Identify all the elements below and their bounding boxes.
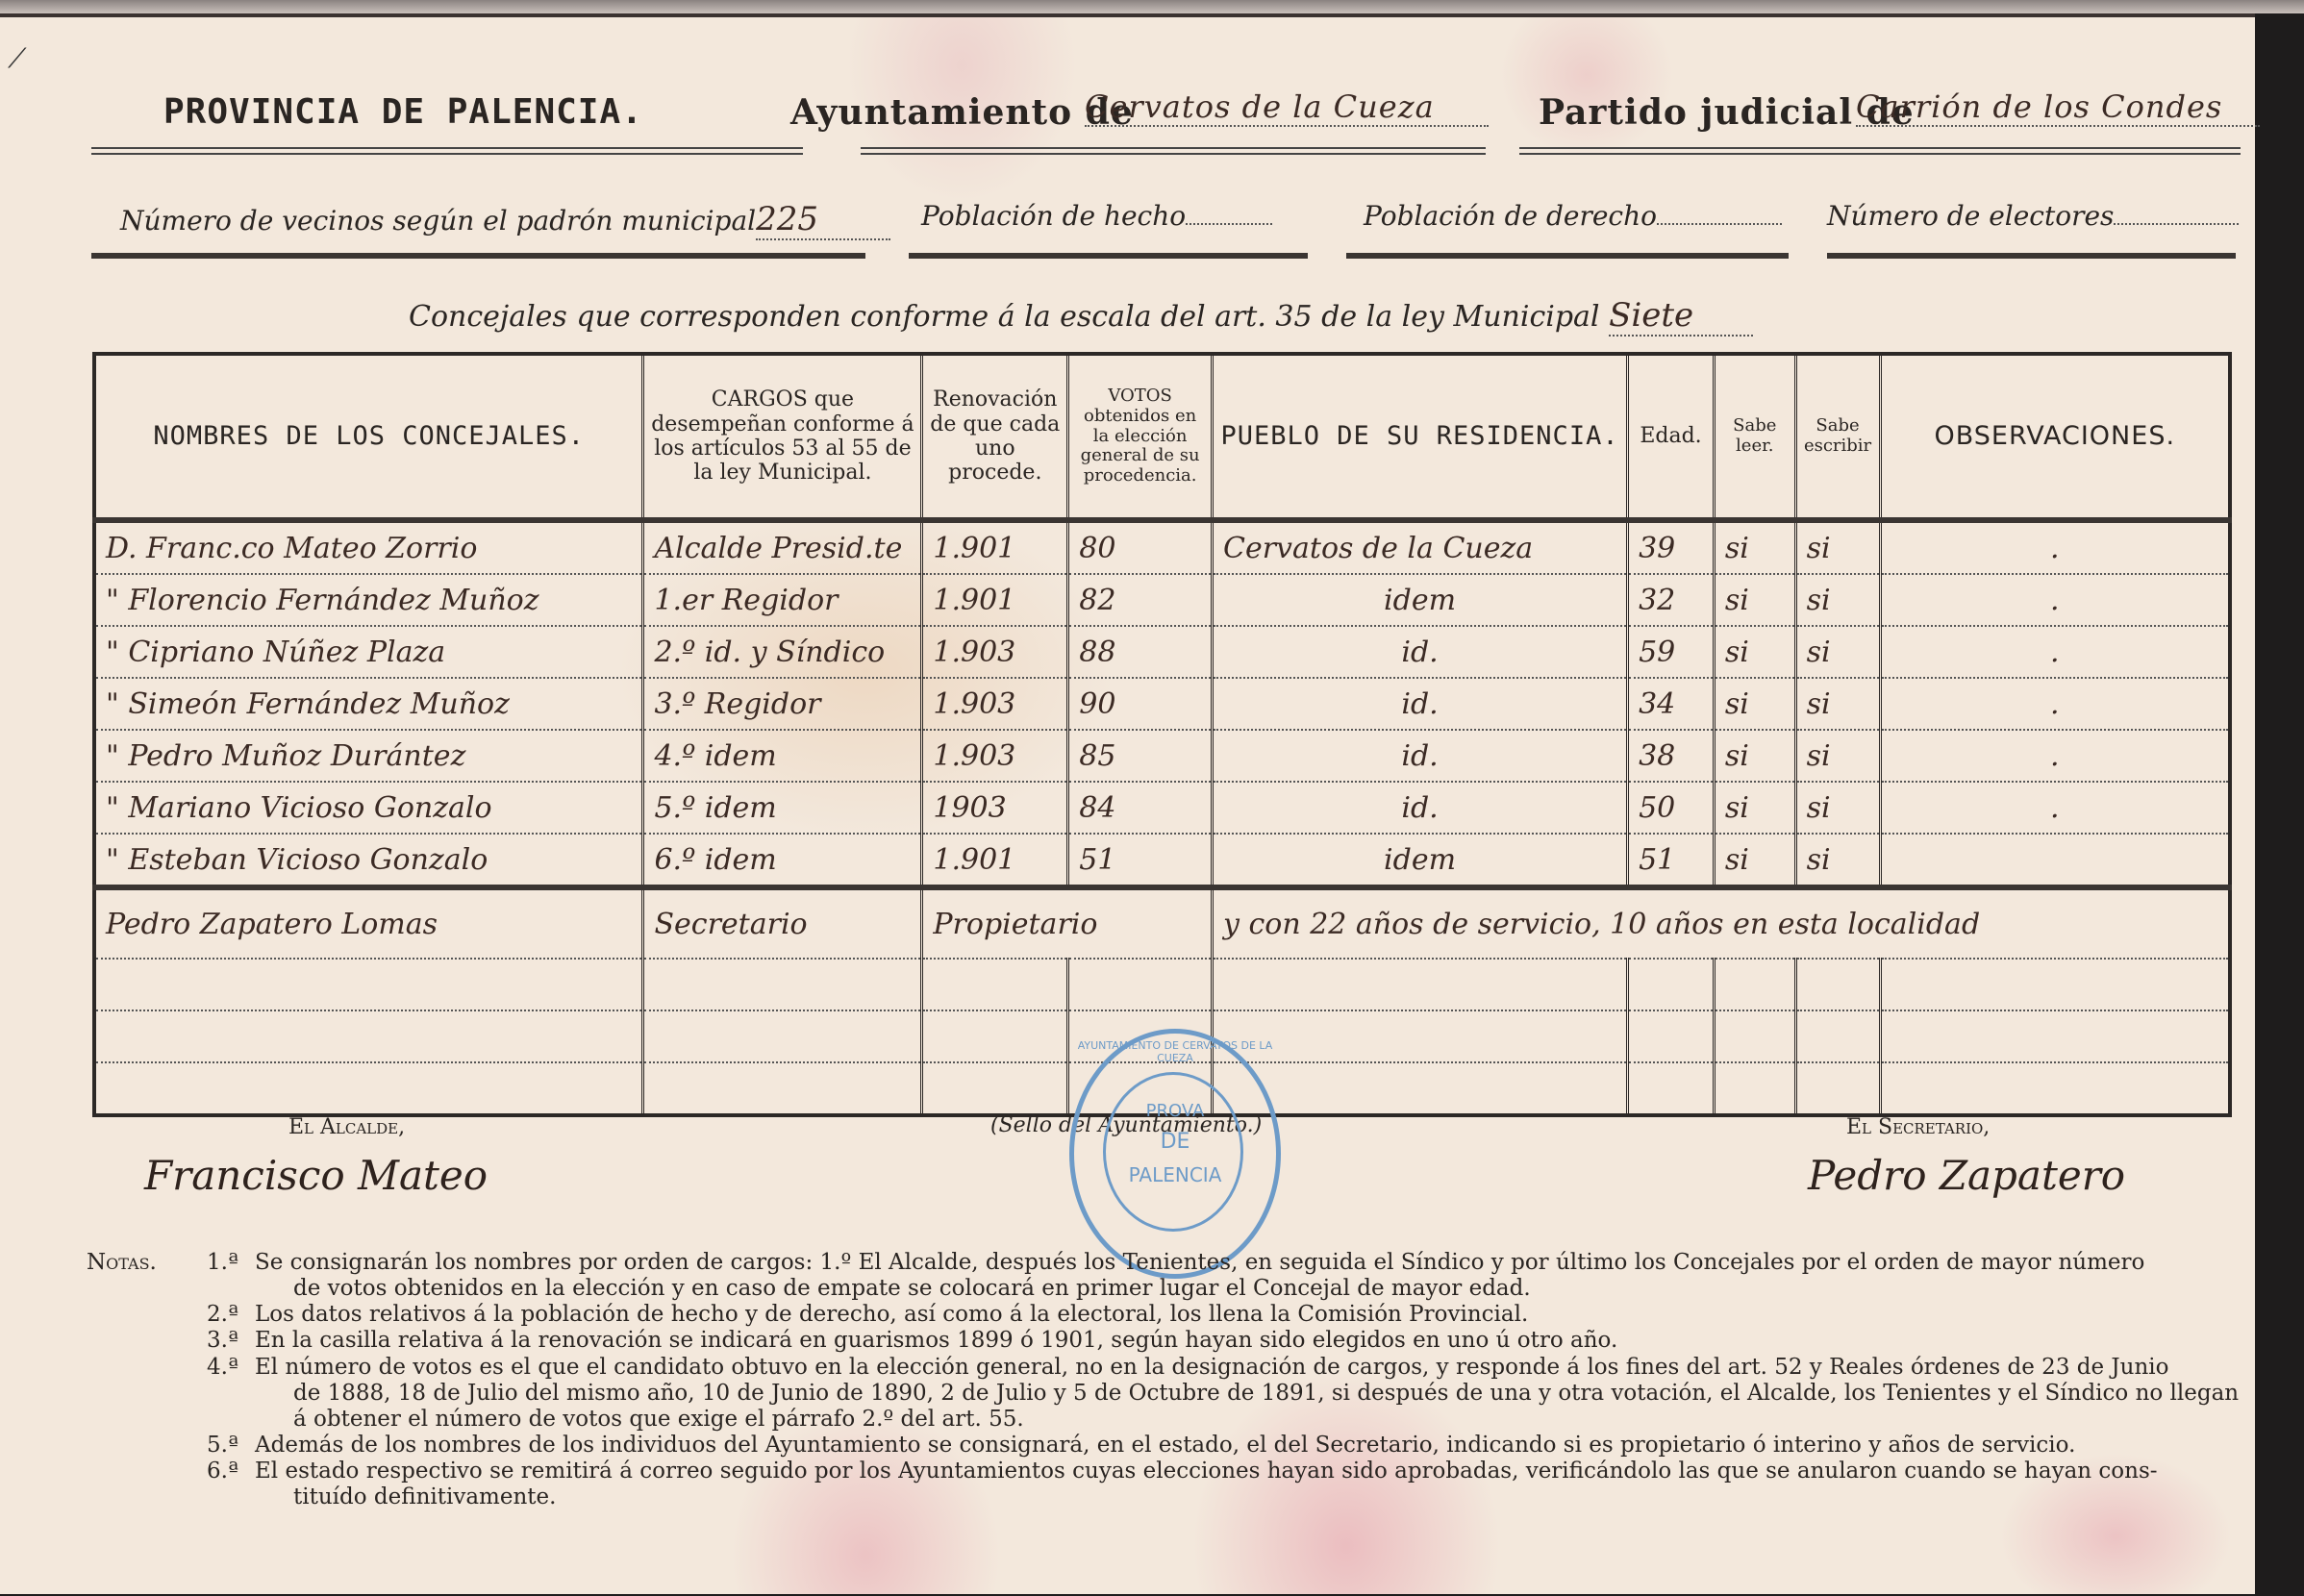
cell-obs[interactable] bbox=[1880, 834, 2230, 887]
cell-empty[interactable] bbox=[922, 1010, 1068, 1062]
note-text: En la casilla relativa á la renovación s… bbox=[255, 1328, 2241, 1354]
cell-edad[interactable]: 32 bbox=[1628, 574, 1715, 626]
cell-leer[interactable]: si bbox=[1714, 678, 1795, 730]
note-cont: de votos obtenidos en la elección y en c… bbox=[255, 1276, 2241, 1302]
poblacion-hecho-label: Población de hecho bbox=[921, 200, 1186, 232]
cell-votos[interactable]: 80 bbox=[1068, 520, 1213, 574]
stats-rule bbox=[1346, 253, 1789, 259]
cell-obs[interactable]: . bbox=[1880, 782, 2230, 834]
cell-empty[interactable] bbox=[1714, 1010, 1795, 1062]
note-item: 6.ªEl estado respectivo se remitirá á co… bbox=[87, 1459, 2241, 1510]
concejales-value[interactable]: Siete bbox=[1609, 296, 1753, 337]
cell-renovacion[interactable]: 1.901 bbox=[922, 834, 1068, 887]
cell-empty[interactable] bbox=[643, 959, 922, 1010]
cell-pueblo[interactable]: id. bbox=[1213, 626, 1628, 678]
cell-empty[interactable] bbox=[922, 959, 1068, 1010]
header-pueblo: PUEBLO DE SU RESIDENCIA. bbox=[1213, 354, 1628, 520]
cell-escribir[interactable]: si bbox=[1795, 834, 1880, 887]
note-number: 1.ª bbox=[207, 1250, 238, 1276]
note-number: 3.ª bbox=[207, 1328, 238, 1354]
cell-cargo[interactable]: 1.er Regidor bbox=[643, 574, 922, 626]
cell-renovacion[interactable]: 1.903 bbox=[922, 626, 1068, 678]
note-text: El estado respectivo se remitirá á corre… bbox=[255, 1459, 2241, 1484]
cell-escribir[interactable]: si bbox=[1795, 678, 1880, 730]
cell-cargo[interactable]: 6.º idem bbox=[643, 834, 922, 887]
cell-leer[interactable]: si bbox=[1714, 782, 1795, 834]
cell-obs[interactable]: . bbox=[1880, 520, 2230, 574]
header-cargos: CARGOS que desempeñan conforme á los art… bbox=[643, 354, 922, 520]
poblacion-hecho-field: Población de hecho bbox=[921, 200, 1272, 232]
cell-obs[interactable]: . bbox=[1880, 626, 2230, 678]
ayuntamiento-value[interactable]: Cervatos de la Cueza bbox=[1085, 88, 1489, 127]
cell-empty[interactable] bbox=[1714, 959, 1795, 1010]
header-edad: Edad. bbox=[1628, 354, 1715, 520]
note-text: Además de los nombres de los individuos … bbox=[255, 1433, 2241, 1459]
note-number: 5.ª bbox=[207, 1433, 238, 1459]
secretario-signature: Pedro Zapatero bbox=[1808, 1152, 2125, 1199]
cell-leer[interactable]: si bbox=[1714, 834, 1795, 887]
cell-empty[interactable] bbox=[1628, 1010, 1715, 1062]
concejales-label: Concejales que corresponden conforme á l… bbox=[409, 300, 1600, 334]
note-item: 2.ªLos datos relativos á la población de… bbox=[87, 1302, 2241, 1328]
table-row: " Cipriano Núñez Plaza 2.º id. y Síndico… bbox=[94, 626, 2230, 678]
poblacion-hecho-value[interactable] bbox=[1186, 200, 1272, 225]
cell-pueblo[interactable]: id. bbox=[1213, 678, 1628, 730]
note-item: 3.ªEn la casilla relativa á la renovació… bbox=[87, 1328, 2241, 1354]
note-cont: tituído definitivamente. bbox=[255, 1484, 2241, 1510]
partido-value[interactable]: Carrión de los Condes bbox=[1856, 88, 2260, 127]
table-row: " Esteban Vicioso Gonzalo 6.º idem 1.901… bbox=[94, 834, 2230, 887]
cell-empty[interactable] bbox=[1714, 1062, 1795, 1115]
cell-empty[interactable] bbox=[922, 1062, 1068, 1115]
book-binding bbox=[0, 0, 2304, 13]
cell-pueblo[interactable]: idem bbox=[1213, 834, 1628, 887]
seal-center-top: PROVA bbox=[1074, 1101, 1276, 1121]
cell-renovacion[interactable]: 1.903 bbox=[922, 730, 1068, 782]
table-row: " Simeón Fernández Muñoz 3.º Regidor 1.9… bbox=[94, 678, 2230, 730]
vecinos-value[interactable]: 225 bbox=[756, 200, 890, 240]
table-row: " Pedro Muñoz Durántez 4.º idem 1.903 85… bbox=[94, 730, 2230, 782]
cell-empty[interactable] bbox=[1880, 1062, 2230, 1115]
table-row bbox=[94, 959, 2230, 1010]
poblacion-derecho-field: Población de derecho bbox=[1364, 200, 1782, 232]
cell-leer[interactable]: si bbox=[1714, 730, 1795, 782]
cell-escribir[interactable]: si bbox=[1795, 626, 1880, 678]
cell-empty[interactable] bbox=[1795, 1010, 1880, 1062]
header-observaciones: OBSERVACIONES. bbox=[1880, 354, 2230, 520]
table-row: Pedro Zapatero Lomas Secretario Propieta… bbox=[94, 887, 2230, 959]
alcalde-signature: Francisco Mateo bbox=[144, 1152, 488, 1199]
note-item: 1.ªSe consignarán los nombres por orden … bbox=[87, 1250, 2241, 1302]
poblacion-derecho-label: Población de derecho bbox=[1364, 200, 1657, 232]
note-number: 2.ª bbox=[207, 1302, 238, 1328]
note-cont: de 1888, 18 de Julio del mismo año, 10 d… bbox=[255, 1381, 2241, 1433]
header-rule bbox=[861, 147, 1486, 155]
cell-edad[interactable]: 51 bbox=[1628, 834, 1715, 887]
cell-renovacion[interactable]: 1903 bbox=[922, 782, 1068, 834]
vecinos-field: Número de vecinos según el padrón munici… bbox=[120, 200, 890, 240]
cell-nombre[interactable]: " Pedro Muñoz Durántez bbox=[94, 730, 643, 782]
municipal-seal-stamp: AYUNTAMIENTO DE CERVATOS DE LA CUEZA PRO… bbox=[1069, 1029, 1281, 1279]
cell-pueblo[interactable]: Cervatos de la Cueza bbox=[1213, 520, 1628, 574]
notes-section: Notas. 1.ªSe consignarán los nombres por… bbox=[87, 1250, 2241, 1510]
electores-value[interactable] bbox=[2114, 200, 2239, 225]
stats-rule bbox=[1827, 253, 2236, 259]
secretario-label: El Secretario, bbox=[1846, 1115, 1990, 1139]
cell-renovacion[interactable]: 1.901 bbox=[922, 520, 1068, 574]
cell-escribir[interactable]: si bbox=[1795, 730, 1880, 782]
cell-votos[interactable]: 82 bbox=[1068, 574, 1213, 626]
table-row: " Mariano Vicioso Gonzalo 5.º idem 1903 … bbox=[94, 782, 2230, 834]
corner-mark: ⟋ bbox=[8, 42, 27, 75]
cell-empty[interactable] bbox=[94, 959, 643, 1010]
note-number: 4.ª bbox=[207, 1355, 238, 1381]
cell-cargo[interactable]: 2.º id. y Síndico bbox=[643, 626, 922, 678]
cell-votos[interactable]: 90 bbox=[1068, 678, 1213, 730]
cell-pueblo[interactable]: id. bbox=[1213, 730, 1628, 782]
cell-votos[interactable]: 85 bbox=[1068, 730, 1213, 782]
alcalde-label: El Alcalde, bbox=[288, 1115, 405, 1139]
cell-empty[interactable] bbox=[94, 1062, 643, 1115]
electores-label: Número de electores bbox=[1827, 200, 2114, 232]
header-sabe-escribir: Sabe escribir bbox=[1795, 354, 1880, 520]
poblacion-derecho-value[interactable] bbox=[1657, 200, 1782, 225]
stats-rule bbox=[909, 253, 1308, 259]
cell-empty[interactable] bbox=[1795, 959, 1880, 1010]
cell-obs[interactable]: . bbox=[1880, 730, 2230, 782]
header-nombres: NOMBRES DE LOS CONCEJALES. bbox=[94, 354, 643, 520]
cell-cargo[interactable]: 5.º idem bbox=[643, 782, 922, 834]
cell-empty[interactable] bbox=[1213, 959, 1628, 1010]
cell-leer[interactable]: si bbox=[1714, 574, 1795, 626]
concejales-line: Concejales que corresponden conforme á l… bbox=[409, 296, 1753, 337]
cell-nombre[interactable]: D. Franc.co Mateo Zorrio bbox=[94, 520, 643, 574]
cell-nombre[interactable]: " Esteban Vicioso Gonzalo bbox=[94, 834, 643, 887]
cell-nombre[interactable]: Pedro Zapatero Lomas bbox=[94, 887, 643, 959]
header-rule bbox=[1519, 147, 2241, 155]
cell-votos[interactable]: 51 bbox=[1068, 834, 1213, 887]
cell-empty[interactable] bbox=[643, 1062, 922, 1115]
table-header-row: NOMBRES DE LOS CONCEJALES. CARGOS que de… bbox=[94, 354, 2230, 520]
cell-cargo[interactable]: 4.º idem bbox=[643, 730, 922, 782]
note-text: El número de votos es el que el candidat… bbox=[255, 1355, 2241, 1381]
cell-empty[interactable] bbox=[1068, 959, 1213, 1010]
cell-empty[interactable] bbox=[1628, 959, 1715, 1010]
cell-empty[interactable] bbox=[643, 1010, 922, 1062]
cell-renovacion[interactable]: Propietario bbox=[922, 887, 1213, 959]
cell-nombre[interactable]: " Florencio Fernández Muñoz bbox=[94, 574, 643, 626]
province-title: PROVINCIA DE PALENCIA. bbox=[163, 92, 643, 132]
header-votos: VOTOS obtenidos en la elección general d… bbox=[1068, 354, 1213, 520]
ayuntamiento-label: Ayuntamiento de bbox=[790, 92, 1134, 133]
header-renovacion: Renovación de que cada uno procede. bbox=[922, 354, 1068, 520]
cell-leer[interactable]: si bbox=[1714, 626, 1795, 678]
electores-field: Número de electores bbox=[1827, 200, 2239, 232]
cell-pueblo[interactable]: id. bbox=[1213, 782, 1628, 834]
header-rule bbox=[91, 147, 803, 155]
cell-observaciones-secretario[interactable]: y con 22 años de servicio, 10 años en es… bbox=[1213, 887, 2231, 959]
cell-edad[interactable]: 50 bbox=[1628, 782, 1715, 834]
cell-obs[interactable]: . bbox=[1880, 678, 2230, 730]
cell-empty[interactable] bbox=[94, 1010, 643, 1062]
seal-center-bottom: PALENCIA bbox=[1074, 1163, 1276, 1186]
cell-cargo[interactable]: Secretario bbox=[643, 887, 922, 959]
cell-nombre[interactable]: " Cipriano Núñez Plaza bbox=[94, 626, 643, 678]
table-row: " Florencio Fernández Muñoz 1.er Regidor… bbox=[94, 574, 2230, 626]
cell-empty[interactable] bbox=[1880, 959, 2230, 1010]
cell-empty[interactable] bbox=[1628, 1062, 1715, 1115]
vecinos-label: Número de vecinos según el padrón munici… bbox=[120, 205, 756, 237]
note-text: Se consignarán los nombres por orden de … bbox=[255, 1250, 2241, 1276]
cell-edad[interactable]: 59 bbox=[1628, 626, 1715, 678]
concejales-table: NOMBRES DE LOS CONCEJALES. CARGOS que de… bbox=[92, 352, 2232, 1117]
cell-escribir[interactable]: si bbox=[1795, 782, 1880, 834]
cell-renovacion[interactable]: 1.901 bbox=[922, 574, 1068, 626]
table-row: D. Franc.co Mateo Zorrio Alcalde Presid.… bbox=[94, 520, 2230, 574]
cell-leer[interactable]: si bbox=[1714, 520, 1795, 574]
note-item: 5.ªAdemás de los nombres de los individu… bbox=[87, 1433, 2241, 1459]
note-text: Los datos relativos á la población de he… bbox=[255, 1302, 2241, 1328]
cell-empty[interactable] bbox=[1880, 1010, 2230, 1062]
cell-escribir[interactable]: si bbox=[1795, 574, 1880, 626]
cell-escribir[interactable]: si bbox=[1795, 520, 1880, 574]
cell-nombre[interactable]: " Simeón Fernández Muñoz bbox=[94, 678, 643, 730]
cell-cargo[interactable]: 3.º Regidor bbox=[643, 678, 922, 730]
document-page: ⟋ PROVINCIA DE PALENCIA. Ayuntamiento de… bbox=[0, 13, 2255, 1594]
header-sabe-leer: Sabe leer. bbox=[1714, 354, 1795, 520]
cell-cargo[interactable]: Alcalde Presid.te bbox=[643, 520, 922, 574]
stats-rule bbox=[91, 253, 865, 259]
seal-center-mid: DE bbox=[1074, 1130, 1276, 1154]
cell-renovacion[interactable]: 1.903 bbox=[922, 678, 1068, 730]
cell-empty[interactable] bbox=[1795, 1062, 1880, 1115]
cell-pueblo[interactable]: idem bbox=[1213, 574, 1628, 626]
cell-votos[interactable]: 84 bbox=[1068, 782, 1213, 834]
cell-nombre[interactable]: " Mariano Vicioso Gonzalo bbox=[94, 782, 643, 834]
cell-votos[interactable]: 88 bbox=[1068, 626, 1213, 678]
note-number: 6.ª bbox=[207, 1459, 238, 1484]
note-item: 4.ªEl número de votos es el que el candi… bbox=[87, 1355, 2241, 1433]
cell-edad[interactable]: 34 bbox=[1628, 678, 1715, 730]
cell-edad[interactable]: 39 bbox=[1628, 520, 1715, 574]
seal-ring-text: AYUNTAMIENTO DE CERVATOS DE LA CUEZA bbox=[1074, 1039, 1276, 1064]
cell-edad[interactable]: 38 bbox=[1628, 730, 1715, 782]
cell-obs[interactable]: . bbox=[1880, 574, 2230, 626]
